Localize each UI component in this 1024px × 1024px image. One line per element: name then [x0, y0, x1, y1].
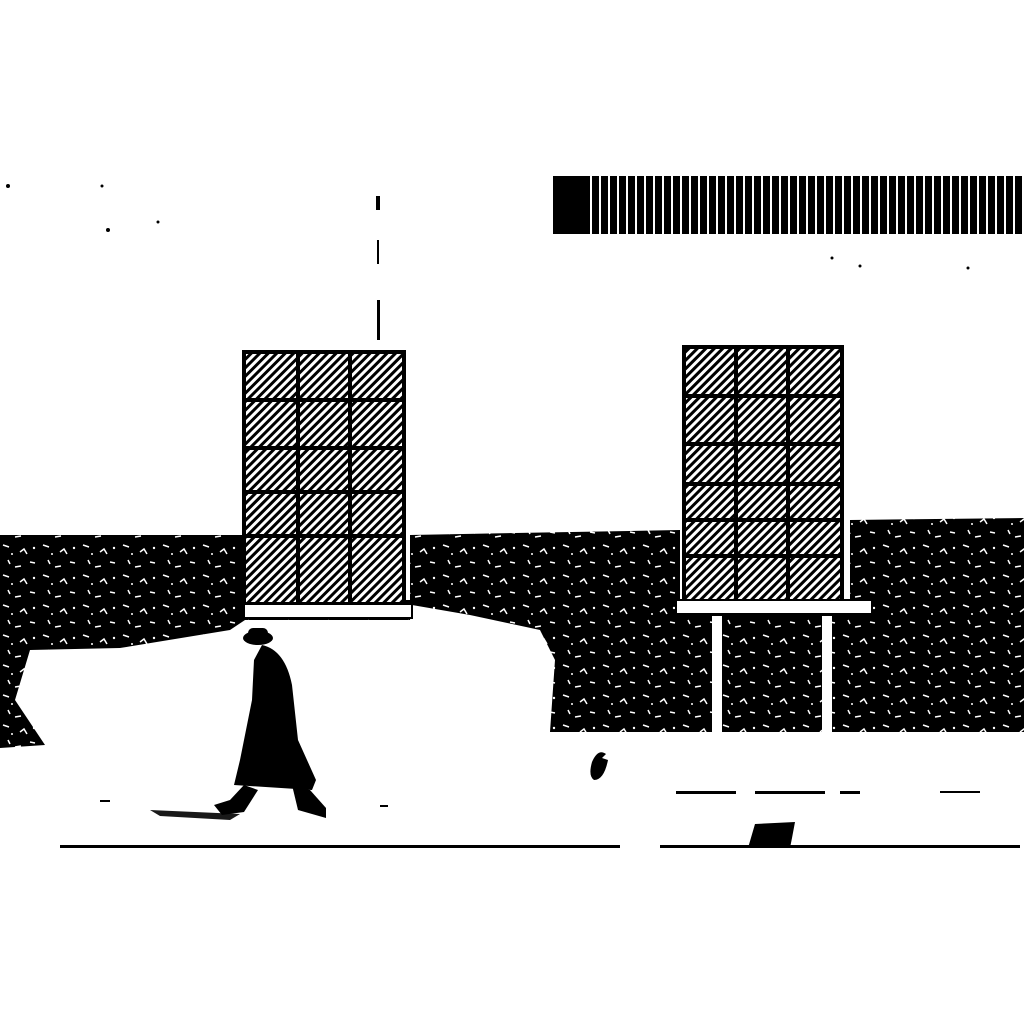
striped-awning [553, 176, 1024, 234]
dark-wall-base [0, 518, 1024, 748]
illustration-canvas [0, 0, 1024, 1024]
walking-man [150, 628, 326, 820]
pavement-lines [60, 752, 1020, 848]
street-scene [0, 0, 1024, 1024]
left-window [244, 352, 412, 618]
